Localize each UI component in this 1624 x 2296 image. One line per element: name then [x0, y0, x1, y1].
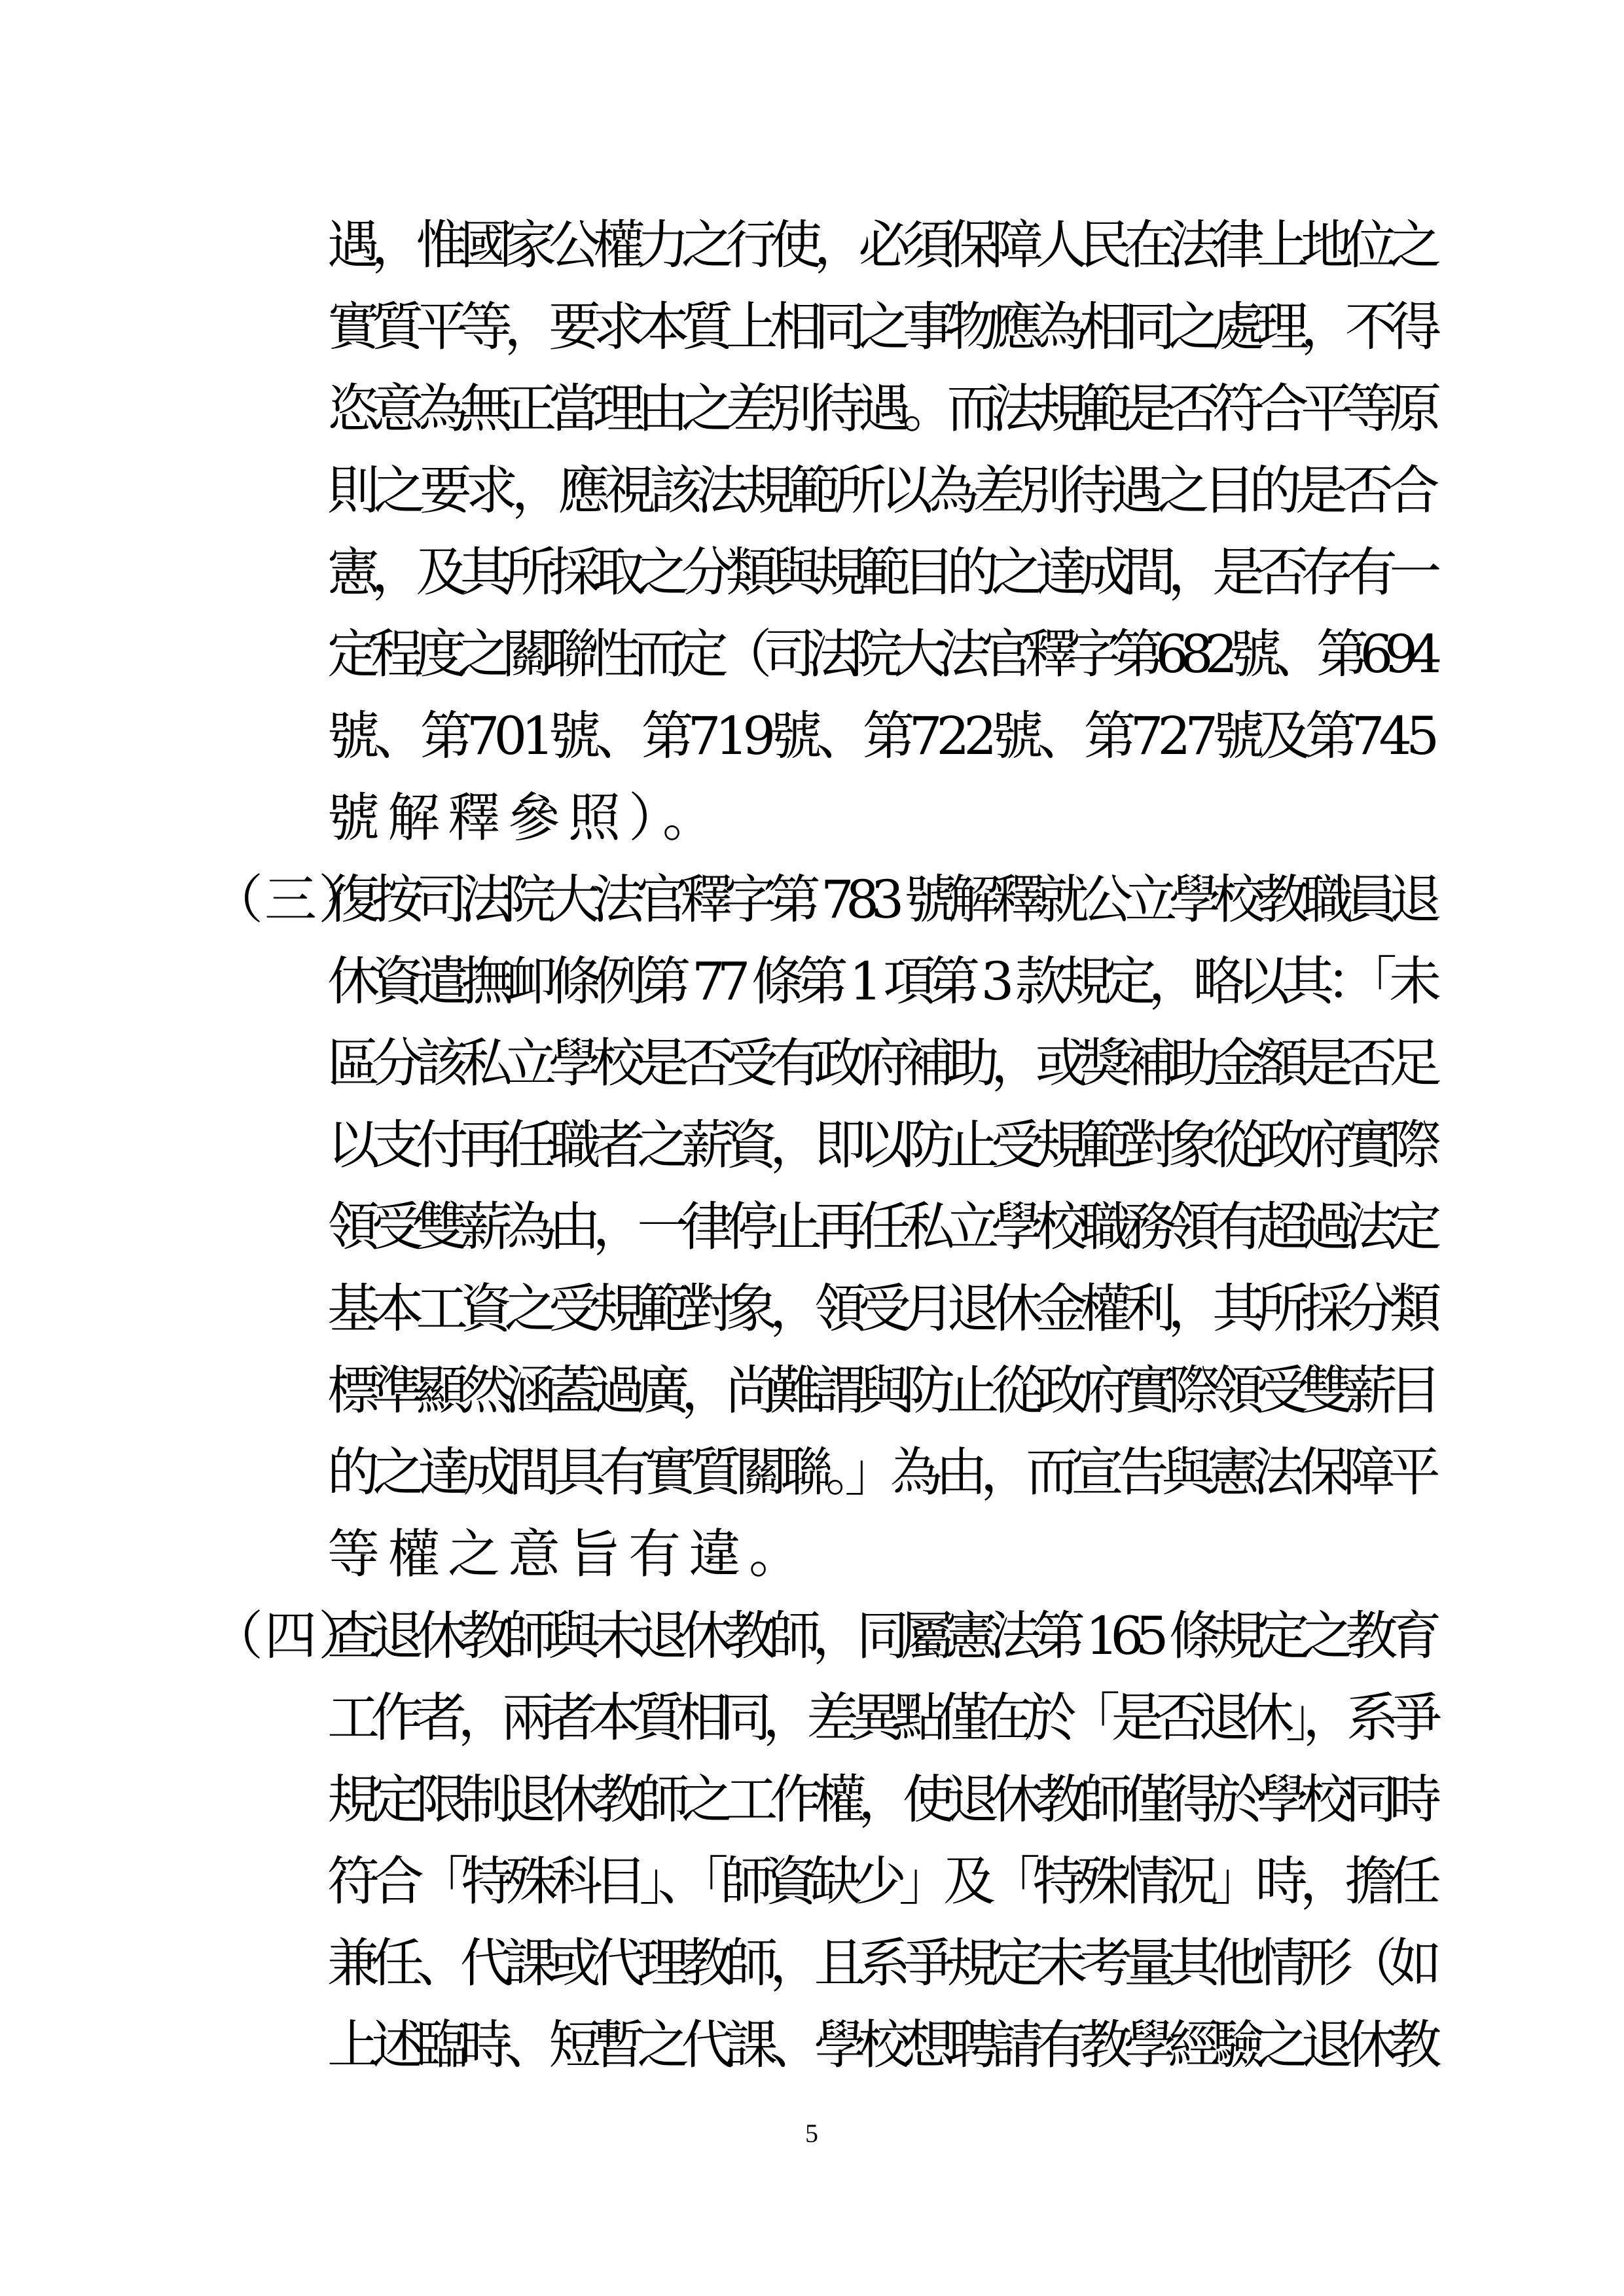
text-line-content: 恣意為無正當理由之差別待遇。而法規範是否符合平等原 — [327, 368, 1434, 450]
text-line: 的之達成間具有實質關聯。」為由，而宣告與憲法保障平 — [327, 1431, 1434, 1513]
text-line: 號、第701號、第719號、第722號、第727號及第745 — [327, 695, 1434, 777]
text-line-content: 規定限制退休教師之工作權，使退休教師僅得於學校同時 — [327, 1759, 1434, 1840]
text-line-content: 區分該私立學校是否受有政府補助，或獎補助金額是否足 — [327, 1022, 1434, 1104]
text-line-content: 休資遣撫卹條例第 77 條第 1 項第 3 款規定，略以其：「未 — [327, 941, 1434, 1022]
text-line: 兼任、代課或代理教師，且系爭規定未考量其他情形（如 — [327, 1922, 1434, 2004]
text-line-content: 實質平等，要求本質上相同之事物應為相同之處理，不得 — [327, 286, 1434, 368]
page-number: 5 — [785, 2114, 838, 2153]
text-line: 則之要求，應視該法規範所以為差別待遇之目的是否合 — [327, 450, 1434, 531]
text-line-content: 復按司法院大法官釋字第 783 號解釋就公立學校教職員退 — [327, 859, 1434, 941]
text-line: 休資遣撫卹條例第 77 條第 1 項第 3 款規定，略以其：「未 — [327, 941, 1434, 1022]
text-line: 定程度之關聯性而定（司法院大法官釋字第682號、第694 — [327, 613, 1434, 695]
text-line-content: 則之要求，應視該法規範所以為差別待遇之目的是否合 — [327, 450, 1434, 531]
text-line-content: 遇，惟國家公權力之行使，必須保障人民在法律上地位之 — [327, 204, 1434, 286]
text-line: 復按司法院大法官釋字第 783 號解釋就公立學校教職員退 — [327, 859, 1434, 941]
item-marker-3: （三） — [211, 859, 322, 941]
text-line: 符合「特殊科目」、「師資缺少」及「特殊情況」時，擔任 — [327, 1840, 1434, 1922]
item-marker-4: （四） — [211, 1595, 322, 1677]
text-line: 實質平等，要求本質上相同之事物應為相同之處理，不得 — [327, 286, 1434, 368]
text-line-content: 基本工資之受規範對象，領受月退休金權利，其所採分類 — [327, 1268, 1434, 1350]
text-line: 以支付再任職者之薪資，即以防止受規範對象從政府實際 — [327, 1104, 1434, 1186]
text-line: 恣意為無正當理由之差別待遇。而法規範是否符合平等原 — [327, 368, 1434, 450]
text-line: 憲，及其所採取之分類與規範目的之達成間，是否存有一 — [327, 531, 1434, 613]
text-line: 號解釋參照）。 — [327, 777, 1434, 859]
text-line-content: 號、第701號、第719號、第722號、第727號及第745 — [327, 695, 1434, 777]
text-line: 標準顯然涵蓋過廣，尚難謂與防止從政府實際領受雙薪目 — [327, 1350, 1434, 1431]
document-page: 遇，惟國家公權力之行使，必須保障人民在法律上地位之 實質平等，要求本質上相同之事… — [0, 0, 1624, 2296]
text-line-content: 憲，及其所採取之分類與規範目的之達成間，是否存有一 — [327, 531, 1434, 613]
text-line: 區分該私立學校是否受有政府補助，或獎補助金額是否足 — [327, 1022, 1434, 1104]
text-line: 遇，惟國家公權力之行使，必須保障人民在法律上地位之 — [327, 204, 1434, 286]
text-line-content: 標準顯然涵蓋過廣，尚難謂與防止從政府實際領受雙薪目 — [327, 1350, 1434, 1431]
text-line-content: 查退休教師與未退休教師，同屬憲法第 165 條規定之教育 — [327, 1595, 1434, 1677]
text-line-content: 以支付再任職者之薪資，即以防止受規範對象從政府實際 — [327, 1104, 1434, 1186]
text-line: 上述臨時、短暫之代課、學校想聘請有教學經驗之退休教 — [327, 2004, 1434, 2086]
text-line-content: 領受雙薪為由，一律停止再任私立學校職務領有超過法定 — [327, 1186, 1434, 1268]
text-line-content: 符合「特殊科目」、「師資缺少」及「特殊情況」時，擔任 — [327, 1840, 1434, 1922]
text-line: 等權之意旨有違。 — [327, 1513, 1434, 1595]
text-line: 基本工資之受規範對象，領受月退休金權利，其所採分類 — [327, 1268, 1434, 1350]
text-line: 領受雙薪為由，一律停止再任私立學校職務領有超過法定 — [327, 1186, 1434, 1268]
text-line: 規定限制退休教師之工作權，使退休教師僅得於學校同時 — [327, 1759, 1434, 1840]
text-line-content: 的之達成間具有實質關聯。」為由，而宣告與憲法保障平 — [327, 1431, 1434, 1513]
text-line: 工作者，兩者本質相同，差異點僅在於「是否退休」，系爭 — [327, 1677, 1434, 1759]
text-line-content: 上述臨時、短暫之代課、學校想聘請有教學經驗之退休教 — [327, 2004, 1434, 2086]
text-line-content: 定程度之關聯性而定（司法院大法官釋字第682號、第694 — [327, 613, 1434, 695]
text-line-content: 工作者，兩者本質相同，差異點僅在於「是否退休」，系爭 — [327, 1677, 1434, 1759]
text-line-content: 兼任、代課或代理教師，且系爭規定未考量其他情形（如 — [327, 1922, 1434, 2004]
text-line-content: 等權之意旨有違。 — [327, 1513, 809, 1595]
text-line: 查退休教師與未退休教師，同屬憲法第 165 條規定之教育 — [327, 1595, 1434, 1677]
text-line-content: 號解釋參照）。 — [327, 777, 723, 859]
